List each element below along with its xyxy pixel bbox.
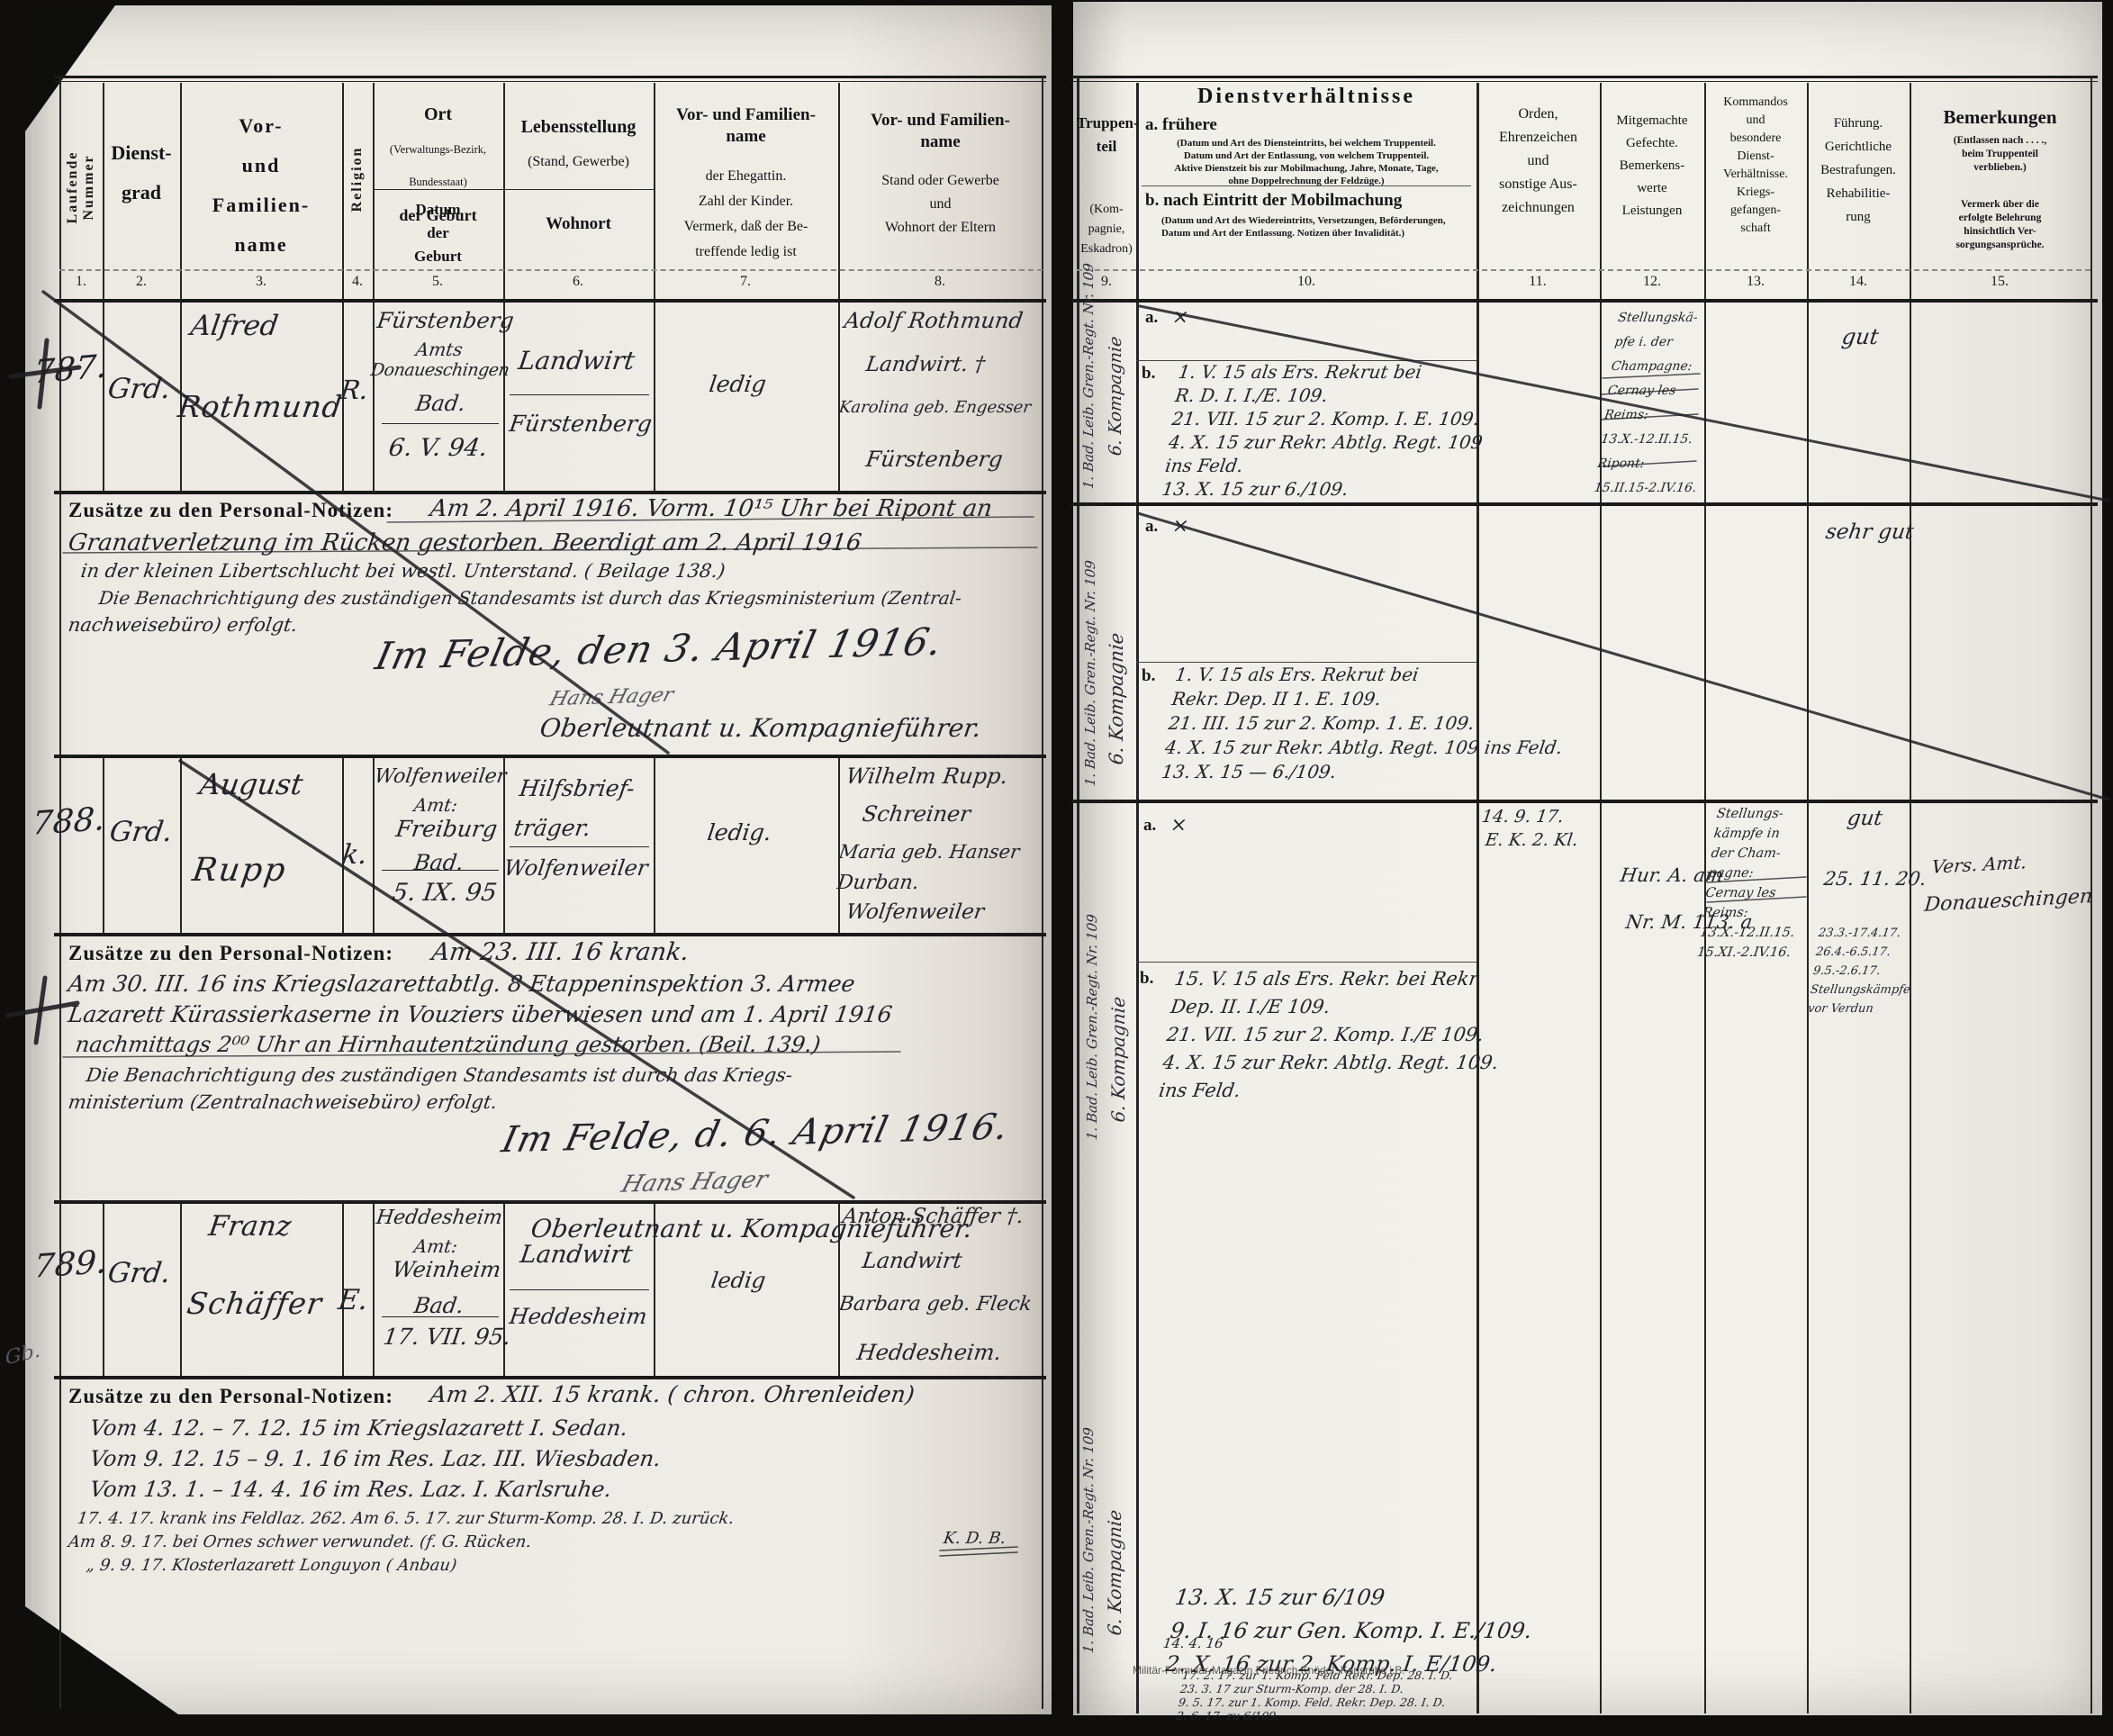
col-num-6: 6. [560, 274, 596, 290]
parents: Fürstenberg [864, 447, 1005, 472]
b-label: b. [1140, 969, 1153, 989]
rank: Grd. [107, 816, 174, 848]
col10-b-note: (Datum und Art des Wiedereintritts, Vers… [1161, 214, 1446, 240]
zusaetze-line: Lazarett Kürassierkaserne in Vouziers üb… [67, 1001, 894, 1027]
zusaetze-label: Zusätze zu den Personal-Notizen: [68, 499, 393, 522]
page-corner-shadow [25, 5, 115, 131]
col15-note2: Vermerk über die erfolgte Belehrung hins… [1910, 198, 2090, 252]
col5-line: (Verwaltungs-Bezirk, [390, 143, 486, 156]
fuehrung-note: gut [1846, 807, 1883, 830]
last-name: Rothmund [176, 389, 345, 424]
col-num-12: 12. [1634, 274, 1670, 290]
zusaetze-line: Granatverletzung im Rücken gestorben. Be… [67, 529, 863, 556]
col-header-geburtsdatum: Datum der Geburt [373, 198, 503, 268]
zusaetze-line: nachweisebüro) erfolgt. [67, 614, 299, 636]
col5-line: Ort [424, 104, 452, 124]
zusaetze-small-line: Am 8. 9. 17. bei Ornes schwer verwundet.… [68, 1533, 533, 1551]
col8-bold: Vor- und Familien- name [838, 110, 1043, 153]
col-num-3: 3. [243, 274, 279, 290]
residence: Fürstenberg [508, 411, 654, 437]
unit-name: 6. Kompagnie [1104, 1509, 1125, 1637]
kdb-note: K. D. B. [943, 1529, 1007, 1548]
occupation: Landwirt [517, 346, 637, 375]
col6-line: (Stand, Gewerbe) [528, 154, 629, 169]
zusaetze-line: Vom 13. 1. – 14. 4. 16 im Res. Laz. I. K… [88, 1477, 613, 1502]
signature: Hans Hager [619, 1166, 772, 1198]
zusaetze-line: Am 30. III. 16 ins Kriegslazarettabtlg. … [67, 971, 857, 997]
parents: Barbara geb. Fleck [837, 1293, 1033, 1316]
zusaetze-line: Vom 4. 12. – 7. 12. 15 im Kriegslazarett… [88, 1415, 629, 1441]
discharge-date: 25. 11. 20. [1822, 868, 1928, 890]
zusaetze-line: Am 2. April 1916. Vorm. 10¹⁵ Uhr bei Rip… [429, 495, 994, 522]
zusaetze-small-line: „ 9. 9. 17. Klosterlazarett Longuyon ( A… [86, 1556, 458, 1575]
birth-place: Weinheim [391, 1257, 502, 1282]
col-num-15: 15. [1982, 274, 2018, 290]
col-num-4: 4. [339, 274, 375, 290]
first-name: August [197, 767, 304, 801]
col-header-lebensstellung: Lebensstellung (Stand, Gewerbe) [503, 101, 654, 170]
col7-rest: der Ehegattin. Zahl der Kinder. Vermerk,… [654, 164, 838, 265]
parents: Anton Schäffer †. [841, 1205, 1025, 1228]
parents: Landwirt. † [864, 353, 987, 376]
page-corner-shadow-bottom [25, 1606, 178, 1714]
birth-place: Amts [414, 339, 464, 360]
unit-name: 1. Bad. Leib. Gren.-Regt. Nr. 109 [1082, 559, 1098, 787]
row-number: 789. [32, 1243, 108, 1285]
col10-a-note: (Datum und Art des Diensteintritts, bei … [1142, 137, 1471, 187]
rank: Grd. [105, 373, 172, 405]
birth-state: Bad. [414, 391, 467, 416]
zusaetze-label: Zusätze zu den Personal-Notizen: [68, 942, 393, 965]
row-number: 788. [31, 800, 106, 842]
printer-imprint: Militär-Formular-Magazin Friedrich Knöde… [1133, 1664, 1405, 1677]
birth-state: Bad. [412, 1293, 465, 1318]
col9-label: Truppen- teil [1077, 112, 1136, 158]
a-label: a. [1143, 816, 1156, 836]
a-mark: × [1170, 515, 1190, 538]
birth-place: Fürstenberg [375, 308, 516, 333]
unit-name: 1. Bad. Leib. Gren.-Regt. Nr. 109 [1084, 913, 1100, 1141]
birth-place: Wolfenweiler [373, 765, 508, 788]
parents: Maria geb. Hanser [837, 841, 1021, 863]
parents: Adolf Rothmund [843, 308, 1025, 333]
zusaetze-small-line: 17. 4. 17. krank ins Feldlaz. 262. Am 6.… [77, 1509, 736, 1528]
col-header-wohnort: Wohnort [503, 214, 654, 234]
col-header-laufende-nummer: Laufende Nummer [65, 120, 97, 255]
gefechte-entries-2: 23.3.-17.4.17. 26.4.-6.5.17. 9.5.-2.6.17… [1807, 924, 1919, 1018]
zusaetze-line: Die Benachrichtigung des zuständigen Sta… [97, 587, 962, 609]
col-header-orden: Orden, Ehrenzeichen und sonstige Aus- ze… [1476, 103, 1600, 220]
service-entries: 1. V. 15 als Ers. Rekrut bei R. D. I. I.… [1160, 360, 1494, 501]
orden-entry: E. K. 2. Kl. [1484, 830, 1579, 850]
religion: k. [340, 839, 370, 871]
col-num-13: 13. [1738, 274, 1774, 290]
birth-date: 5. IX. 95 [391, 879, 499, 907]
b-label: b. [1142, 364, 1155, 384]
b-label: b. [1142, 666, 1155, 686]
col-header-name: Vor- und Familien- name [180, 106, 342, 265]
zusaetze-line: Die Benachrichtigung des zuständigen Sta… [85, 1064, 793, 1086]
col-num-11: 11. [1520, 274, 1556, 290]
residence: Wolfenweiler [502, 855, 649, 881]
service-entries-small: 17. 2. 17. zur 1. Komp. Feld Rekr. Dep. … [1176, 1668, 1454, 1722]
zusaetze-line: Am 2. XII. 15 krank. ( chron. Ohrenleide… [429, 1381, 917, 1407]
marital-status: ledig [709, 1268, 767, 1293]
col9-sub: (Kom- pagnie, Eskadron) [1077, 200, 1136, 259]
a-label: a. [1145, 517, 1158, 537]
unit-name: 6. Kompagnie [1106, 632, 1127, 766]
religion: R. [339, 375, 371, 405]
zusaetze-line: Vom 9. 12. 15 – 9. 1. 16 im Res. Laz. II… [88, 1446, 663, 1471]
col-num-5: 5. [420, 274, 456, 290]
zusaetze-line: ministerium (Zentralnachweisebüro) erfol… [67, 1091, 499, 1113]
col-header-bemerkungen: Bemerkungen (Entlassen nach . . . ., bei… [1910, 90, 2090, 268]
unit-name: 6. Kompagnie [1107, 996, 1129, 1124]
col7-bold: Vor- und Familien- name [654, 104, 838, 148]
fuehrung-note: sehr gut [1824, 520, 1915, 544]
marital-status: ledig [708, 371, 768, 397]
col-header-fuehrung: Führung. Gerichtliche Bestrafungen. Reha… [1807, 112, 1910, 229]
birth-place: Amt: [412, 794, 459, 816]
first-name: Franz [206, 1210, 293, 1243]
zusaetze-line: Am 23. III. 16 krank. [430, 938, 691, 966]
religion: E. [336, 1284, 370, 1316]
residence: Heddesheim [508, 1304, 648, 1329]
register-photo: Laufende Nummer Dienst- grad Vor- und Fa… [0, 0, 2113, 1736]
birth-date: 17. VII. 95. [382, 1324, 512, 1350]
signature-title: Oberleutnant u. Kompagnieführer. [538, 713, 983, 743]
col-header-eltern: Vor- und Familien- name Stand oder Gewer… [838, 94, 1043, 256]
service-entries: 15. V. 15 als Ers. Rekr. bei Rekr. Dep. … [1157, 965, 1512, 1105]
zusaetze-line: in der kleinen Libertschlucht bei westl.… [79, 560, 727, 582]
unit-name: 1. Bad. Leib. Gren.-Regt. Nr. 109 [1080, 262, 1097, 490]
unit-name: 1. Bad. Leib. Gren.-Regt. Nr. 109 [1080, 1426, 1097, 1654]
birth-place: Donaueschingen [369, 360, 510, 380]
signature: Hans Hager [547, 684, 676, 711]
service-entries: 1. V. 15 als Ers. Rekrut bei Rekr. Dep. … [1160, 663, 1575, 784]
birth-place: Freiburg [394, 816, 499, 842]
col-num-7: 7. [727, 274, 763, 290]
col5-line: Bundesstaat) [409, 176, 467, 188]
col15-note1: (Entlassen nach . . . ., beim Truppentei… [1910, 134, 2090, 175]
parents: Wolfenweiler [844, 900, 985, 924]
col-header-dienstgrad: Dienst- grad [103, 133, 180, 212]
col-header-kommandos: Kommandos und besondere Dienst- Verhältn… [1704, 94, 1807, 238]
service-entry-insert: 14. 4. 16 [1162, 1635, 1224, 1651]
birth-place: Amt: [412, 1235, 459, 1257]
col-num-2: 2. [123, 274, 159, 290]
col10-a-label: a. frühere [1145, 115, 1217, 135]
col6-line: Lebensstellung [521, 117, 637, 137]
last-name: Rupp [190, 852, 289, 889]
a-mark: × [1170, 306, 1190, 329]
zusaetze-label: Zusätze zu den Personal-Notizen: [68, 1385, 393, 1408]
col-header-religion: Religion [349, 112, 366, 247]
col-num-8: 8. [922, 274, 958, 290]
a-mark: × [1169, 814, 1188, 836]
parents: Heddesheim. [855, 1340, 1003, 1365]
parents: Landwirt [861, 1248, 963, 1273]
col-num-1: 1. [63, 274, 99, 290]
last-name: Schäffer [185, 1286, 324, 1321]
occupation: Hilfsbrief- träger. [511, 769, 637, 848]
fuehrung-note: gut [1840, 324, 1880, 349]
col8-rest: Stand oder Gewerbe und Wohnort der Elter… [838, 169, 1043, 240]
birth-date: 6. V. 94. [387, 434, 490, 462]
birth-state: Bad. [412, 850, 465, 875]
zusaetze-line: nachmittags 2⁰⁰ Uhr an Hirnhautentzündun… [74, 1032, 822, 1057]
a-label: a. [1145, 308, 1158, 328]
row-number: 787. [33, 348, 108, 392]
col-header-ehegattin: Vor- und Familien- name der Ehegattin. Z… [654, 88, 838, 281]
orden-entry: 14. 9. 17. [1480, 807, 1565, 827]
col10-b-label: b. nach Eintritt der Mobilmachung [1145, 191, 1402, 211]
col15-title: Bemerkungen [1944, 106, 2057, 128]
unit-name: 6. Kompagnie [1106, 335, 1125, 457]
marital-status: ledig. [706, 819, 773, 845]
col-header-truppenteil: Truppen- teil (Kom- pagnie, Eskadron) [1077, 95, 1136, 276]
col-num-14: 14. [1840, 274, 1876, 290]
parents: Karolina geb. Engesser [838, 398, 1033, 417]
birth-place: Heddesheim [375, 1207, 503, 1229]
col-num-10: 10. [1288, 274, 1324, 290]
first-name: Alfred [188, 310, 280, 342]
col-header-dienstverhaeltnisse: Dienstverhältnisse [1136, 85, 1476, 109]
parents: Durban. [835, 872, 920, 894]
parents: Wilhelm Rupp. [844, 764, 1009, 789]
rank: Grd. [105, 1257, 172, 1289]
col-header-gefechte: Mitgemachte Gefechte. Bemerkens- werte L… [1600, 110, 1704, 222]
parents: Schreiner [861, 801, 972, 827]
occupation: Landwirt [519, 1241, 635, 1269]
